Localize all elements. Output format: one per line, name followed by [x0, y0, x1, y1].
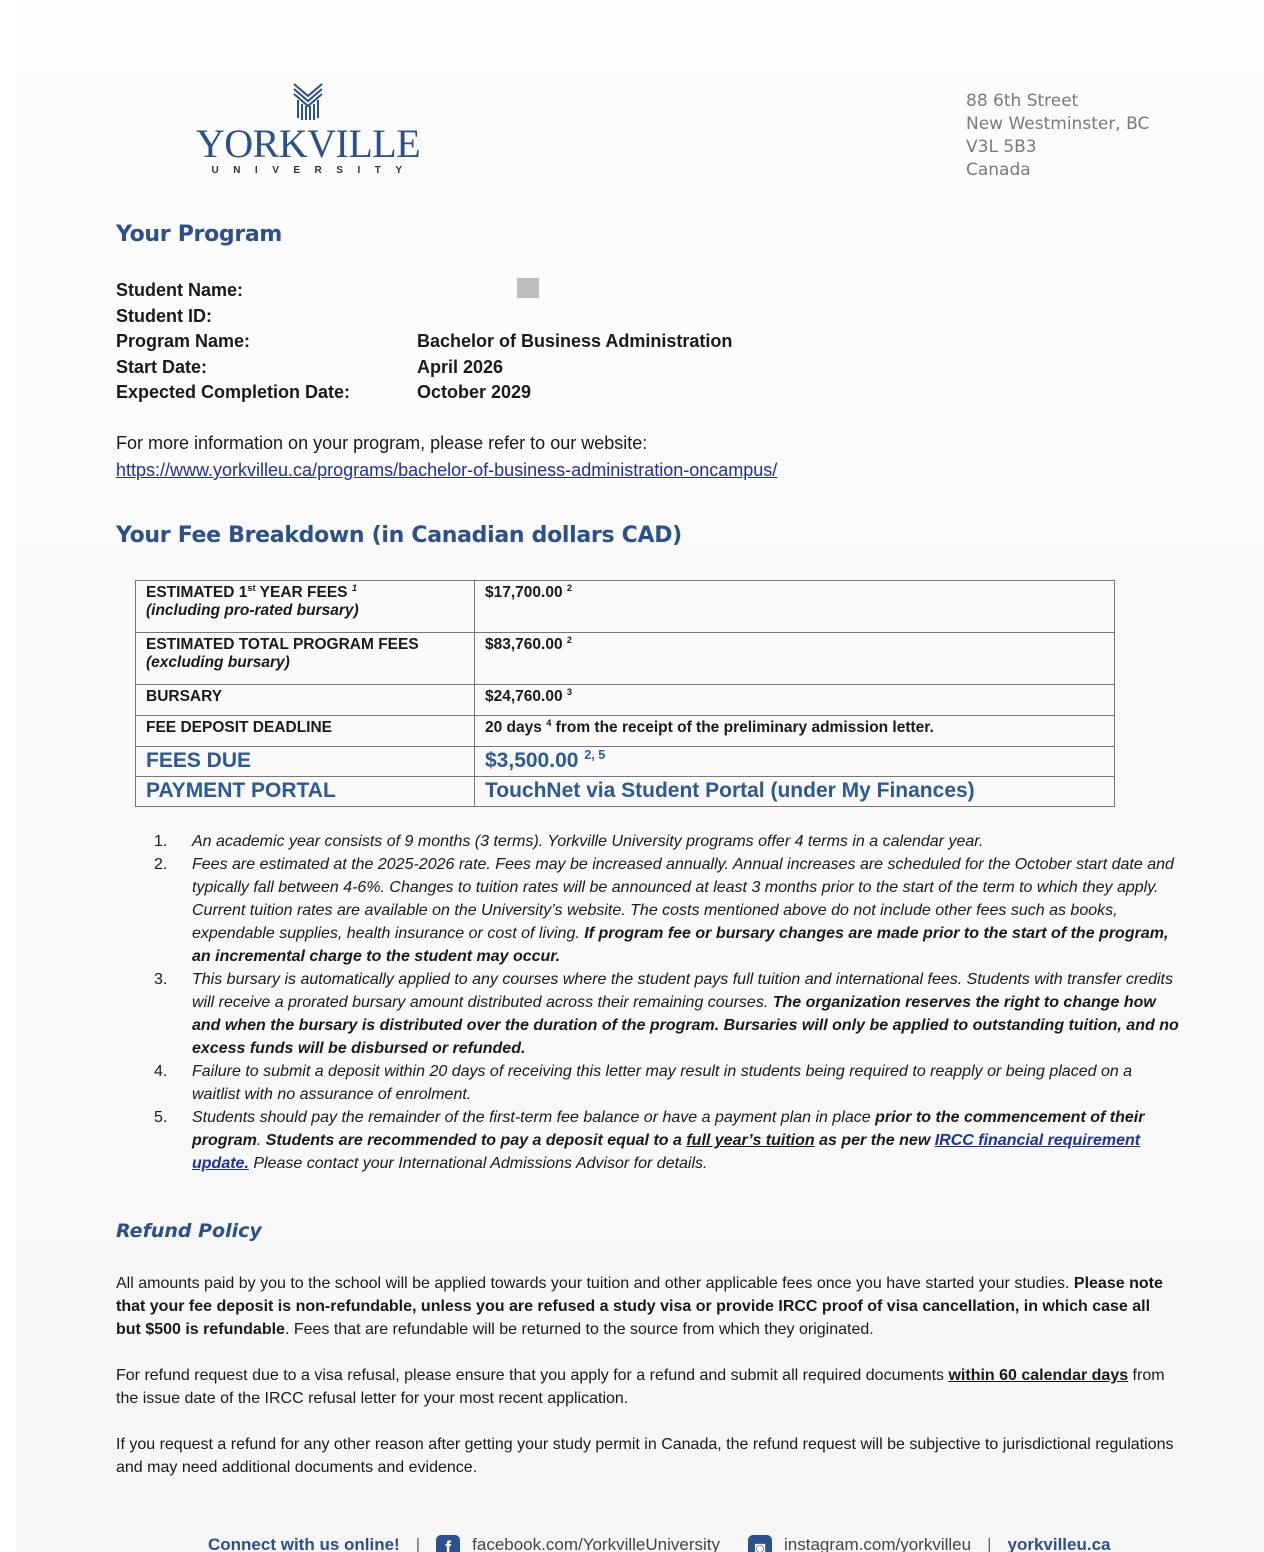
info-row-completion-date: Expected Completion Date: October 2029 [116, 380, 732, 406]
logo-wordmark: YORKVILLE [192, 124, 424, 164]
fee-value: from the receipt of the preliminary admi… [551, 719, 933, 736]
yorkville-logo: YORKVILLE UNIVERSITY [192, 82, 424, 176]
fee-label: ESTIMATED TOTAL PROGRAM FEES [146, 636, 419, 653]
footnote-text: Please contact your International Admiss… [249, 1155, 708, 1172]
redacted-value [517, 278, 539, 298]
fee-value-cell: $83,760.00 2 [475, 633, 1115, 685]
footnote-text: An academic year consists of 9 months (3… [192, 833, 983, 850]
separator: | [987, 1535, 991, 1552]
table-row: BURSARY $24,760.00 3 [136, 685, 1115, 716]
footnote-ref: 3 [567, 687, 572, 697]
document-page: YORKVILLE UNIVERSITY 88 6th Street New W… [0, 0, 1264, 1552]
fee-label-cell: PAYMENT PORTAL [136, 777, 475, 807]
table-row: FEE DEPOSIT DEADLINE 20 days 4 from the … [136, 716, 1115, 747]
footnote-text: . [257, 1132, 266, 1149]
separator: | [416, 1535, 420, 1552]
fee-value-cell: 20 days 4 from the receipt of the prelim… [475, 716, 1115, 747]
table-row: PAYMENT PORTAL TouchNet via Student Port… [136, 777, 1115, 807]
fee-value: $83,760.00 [485, 636, 567, 653]
refund-paragraph-3: If you request a refund for any other re… [116, 1433, 1176, 1479]
paragraph-text: . Fees that are refundable will be retur… [285, 1321, 874, 1338]
facebook-icon: f [436, 1535, 460, 1552]
footnote-underlined-text: full year’s tuition [686, 1132, 814, 1149]
footnote-ref: 1 [352, 583, 357, 593]
footnote-number: 5. [154, 1106, 167, 1129]
footer-social-bar: Connect with us online! | f facebook.com… [208, 1535, 1111, 1552]
footnote-item: 5. Students should pay the remainder of … [150, 1106, 1180, 1175]
university-address: 88 6th Street New Westminster, BC V3L 5B… [966, 90, 1149, 182]
fee-value-cell: $3,500.00 2, 5 [475, 747, 1115, 777]
fee-label: YEAR FEES [256, 584, 352, 601]
info-label: Student Name: [116, 278, 417, 304]
website-link[interactable]: yorkvilleu.ca [1008, 1535, 1111, 1552]
fee-sublabel: (including pro-rated bursary) [146, 602, 359, 619]
footnote-ref: 2, 5 [584, 748, 605, 762]
footnote-text: Students should pay the remainder of the… [192, 1109, 875, 1126]
footnote-number: 1. [154, 830, 167, 853]
table-row: ESTIMATED 1st YEAR FEES 1 (including pro… [136, 581, 1115, 633]
logo-emblem-icon [291, 82, 325, 122]
more-info-text: For more information on your program, pl… [116, 430, 777, 457]
footnote-bold-text: Students are recommended to pay a deposi… [266, 1132, 687, 1149]
paragraph-bold-text: within 60 calendar days [948, 1367, 1128, 1384]
page-margin [0, 0, 16, 1552]
table-row: ESTIMATED TOTAL PROGRAM FEES (excluding … [136, 633, 1115, 685]
fee-label-cell: FEES DUE [136, 747, 475, 777]
footnote-bold-text: as per the new [815, 1132, 935, 1149]
footnote-ref: 2 [567, 635, 572, 645]
info-label: Start Date: [116, 355, 417, 381]
footnote-item: 3. This bursary is automatically applied… [150, 968, 1180, 1060]
fee-label-cell: FEE DEPOSIT DEADLINE [136, 716, 475, 747]
program-website-link[interactable]: https://www.yorkvilleu.ca/programs/bache… [116, 460, 777, 480]
facebook-link[interactable]: facebook.com/YorkvilleUniversity [472, 1535, 720, 1552]
refund-paragraph-1: All amounts paid by you to the school wi… [116, 1272, 1176, 1341]
info-value: April 2026 [417, 355, 503, 381]
fee-value: $17,700.00 [485, 584, 567, 601]
info-row-start-date: Start Date: April 2026 [116, 355, 732, 381]
paragraph-text: All amounts paid by you to the school wi… [116, 1275, 1074, 1292]
fee-value: 20 days [485, 719, 546, 736]
paragraph-text: For refund request due to a visa refusal… [116, 1367, 948, 1384]
logo-subtitle: UNIVERSITY [192, 165, 424, 176]
connect-label: Connect with us online! [208, 1535, 400, 1552]
superscript: st [247, 583, 255, 593]
program-heading: Your Program [116, 222, 282, 247]
footnotes-list: 1. An academic year consists of 9 months… [150, 830, 1180, 1175]
instagram-icon: ◙ [748, 1535, 772, 1552]
footnote-number: 4. [154, 1060, 167, 1083]
info-value: Bachelor of Business Administration [417, 329, 732, 355]
fee-value-cell: TouchNet via Student Portal (under My Fi… [475, 777, 1115, 807]
info-label: Expected Completion Date: [116, 380, 417, 406]
info-row-student-id: Student ID: [116, 304, 732, 330]
footnote-item: 4. Failure to submit a deposit within 20… [150, 1060, 1180, 1106]
fee-sublabel: (excluding bursary) [146, 654, 290, 671]
refund-paragraph-2: For refund request due to a visa refusal… [116, 1364, 1176, 1410]
fee-label-cell: ESTIMATED TOTAL PROGRAM FEES (excluding … [136, 633, 475, 685]
info-row-program-name: Program Name: Bachelor of Business Admin… [116, 329, 732, 355]
address-line: New Westminster, BC [966, 113, 1149, 136]
footnote-text: Failure to submit a deposit within 20 da… [192, 1063, 1132, 1103]
info-row-student-name: Student Name: [116, 278, 732, 304]
footnote-item: 2. Fees are estimated at the 2025-2026 r… [150, 853, 1180, 968]
footnote-number: 2. [154, 853, 167, 876]
fee-table: ESTIMATED 1st YEAR FEES 1 (including pro… [135, 580, 1115, 807]
more-info: For more information on your program, pl… [116, 430, 777, 484]
info-label: Program Name: [116, 329, 417, 355]
fee-value-cell: $17,700.00 2 [475, 581, 1115, 633]
table-row: FEES DUE $3,500.00 2, 5 [136, 747, 1115, 777]
footnote-item: 1. An academic year consists of 9 months… [150, 830, 1180, 853]
info-label: Student ID: [116, 304, 417, 330]
info-value: October 2029 [417, 380, 531, 406]
fee-label-cell: ESTIMATED 1st YEAR FEES 1 (including pro… [136, 581, 475, 633]
fee-breakdown-heading: Your Fee Breakdown (in Canadian dollars … [116, 523, 682, 548]
fee-label: ESTIMATED 1 [146, 584, 247, 601]
fee-label-cell: BURSARY [136, 685, 475, 716]
footnote-number: 3. [154, 968, 167, 991]
refund-policy-heading: Refund Policy [116, 1220, 262, 1242]
address-line: Canada [966, 159, 1149, 182]
fee-value-cell: $24,760.00 3 [475, 685, 1115, 716]
instagram-link[interactable]: instagram.com/yorkvilleu [784, 1535, 971, 1552]
footnote-ref: 2 [567, 583, 572, 593]
address-line: 88 6th Street [966, 90, 1149, 113]
program-info: Student Name: Student ID: Program Name: … [116, 278, 732, 406]
address-line: V3L 5B3 [966, 136, 1149, 159]
fee-value: $3,500.00 [485, 749, 584, 772]
fee-value: $24,760.00 [485, 688, 567, 705]
